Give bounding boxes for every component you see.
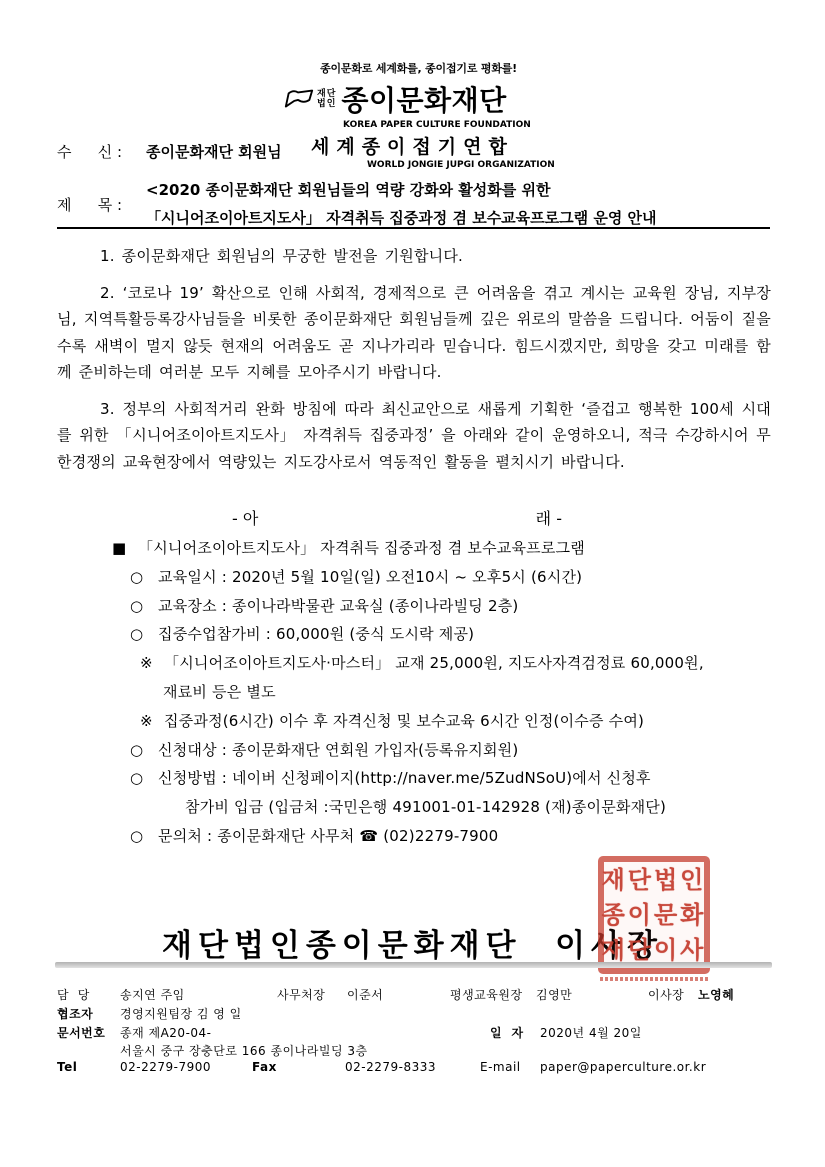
staff-name: 송지연 주임 — [120, 986, 185, 1003]
fax-label: Fax — [252, 1060, 277, 1074]
cooperator-label: 협조자 — [57, 1005, 93, 1022]
email-label: E-mail — [480, 1060, 521, 1074]
education-director-label: 평생교육원장 — [450, 986, 523, 1003]
date-label: 일 자 — [490, 1024, 524, 1041]
document-number-label: 문서번호 — [57, 1024, 105, 1041]
email-value: paper@paperculture.or.kr — [540, 1060, 706, 1074]
official-letter-page: 종이문화로 세계화를, 종이접기로 평화를! 재단 법인 종이문화재단 KORE… — [0, 0, 825, 1167]
chairman-name: 노영혜 — [698, 986, 734, 1003]
tel-value: 02-2279-7900 — [120, 1060, 211, 1074]
document-footer: 담 당 송지연 주임 사무처장 이준서 평생교육원장 김영만 이사장 노영혜 협… — [0, 0, 825, 1167]
education-director-name: 김영만 — [536, 986, 572, 1003]
date-value: 2020년 4월 20일 — [540, 1024, 642, 1041]
secretary-general-label: 사무처장 — [277, 986, 325, 1003]
address-value: 서울시 중구 장충단로 166 종이나라빌딩 3층 — [120, 1042, 368, 1059]
tel-label: Tel — [57, 1060, 77, 1074]
fax-value: 02-2279-8333 — [345, 1060, 436, 1074]
secretary-general-name: 이준서 — [347, 986, 383, 1003]
cooperator-name: 경영지원팀장 김 영 일 — [120, 1005, 242, 1022]
chairman-label: 이사장 — [648, 986, 684, 1003]
staff-label: 담 당 — [57, 986, 90, 1003]
document-number-value: 종재 제A20-04- — [120, 1024, 212, 1041]
